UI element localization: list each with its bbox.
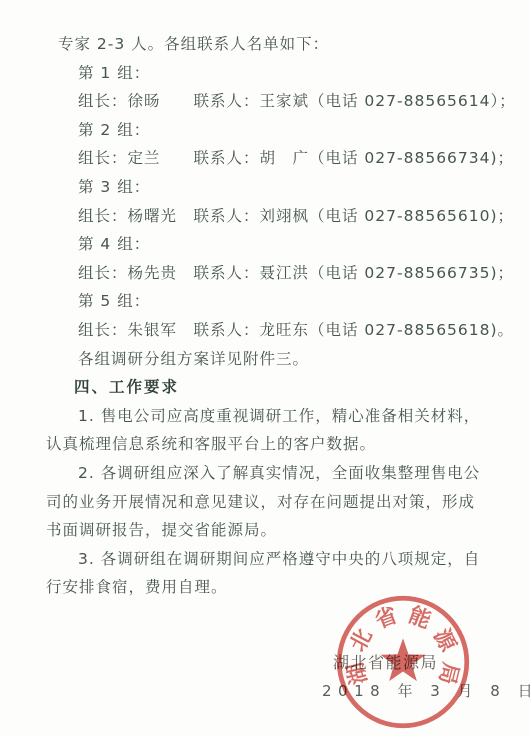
document-line: 司的业务开展情况和意见建议，对存在问题提出对策，形成: [46, 488, 496, 517]
document-page: 专家 2-3 人。各组联系人名单如下： 第 1 组： 组长：徐旸 联系人：王家斌…: [0, 0, 530, 737]
document-line: 组长：定兰 联系人：胡 广（电话 027-88566734)；: [46, 144, 496, 173]
document-line: 组长：杨曙光 联系人：刘翊枫（电话 027-88565610)；: [46, 202, 496, 231]
document-body: 专家 2-3 人。各组联系人名单如下： 第 1 组： 组长：徐旸 联系人：王家斌…: [0, 0, 530, 602]
document-line: 各组调研分组方案详见附件三。: [46, 345, 496, 374]
document-line: 组长：朱银军 联系人：龙旺东（电话 027-88565618)。: [46, 316, 496, 345]
document-line: 第 3 组：: [46, 173, 496, 202]
document-line: 3. 各调研组在调研期间应严格遵守中央的八项规定，自: [46, 545, 496, 574]
document-line: 组长：杨先贵 联系人：聂江洪（电话 027-88566735)；: [46, 259, 496, 288]
document-line: 组长：徐旸 联系人：王家斌（电话 027-88565614）；: [46, 87, 496, 116]
seal-char: 局: [433, 660, 462, 687]
document-line: 书面调研报告，提交省能源局。: [46, 516, 496, 545]
document-line: 第 5 组：: [46, 287, 496, 316]
document-line: 1. 售电公司应高度重视调研工作，精心准备相关材料，: [46, 402, 496, 431]
document-line: 2. 各调研组应深入了解真实情况，全面收集整理售电公: [46, 459, 496, 488]
document-line: 专家 2-3 人。各组联系人名单如下：: [46, 30, 496, 59]
document-line: 第 2 组：: [46, 116, 496, 145]
seal-char: 湖: [343, 659, 373, 686]
star-icon: [380, 638, 425, 681]
document-line: 第 4 组：: [46, 230, 496, 259]
official-seal-stamp: 湖 北 省 能 源 局: [331, 590, 475, 734]
section-heading: 四、工作要求: [46, 373, 496, 402]
document-line: 认真梳理信息系统和客服平台上的客户数据。: [46, 430, 496, 459]
document-line: 第 1 组：: [46, 59, 496, 88]
